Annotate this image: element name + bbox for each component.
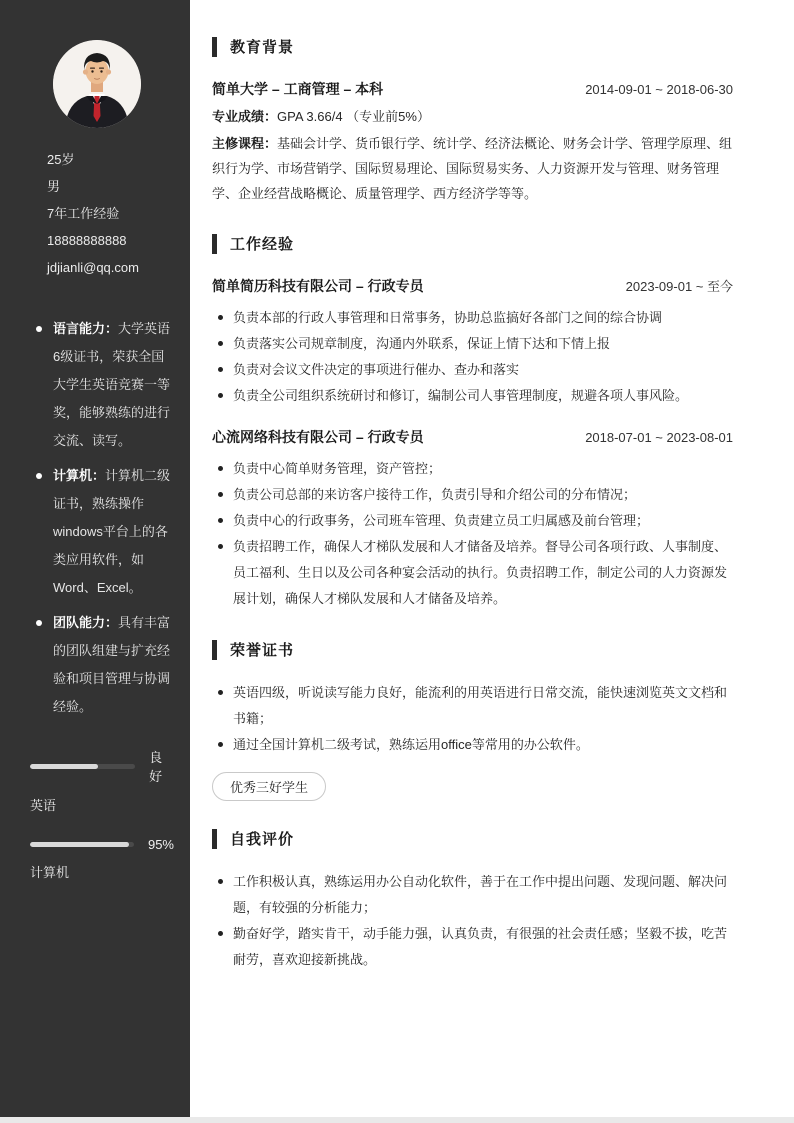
courses-label: 主修课程：	[212, 136, 277, 151]
progress-name: 计算机	[30, 864, 174, 882]
skill-bar-computer: 95% 计算机	[30, 837, 174, 882]
skills-list: 语言能力：大学英语6级证书，荣获全国大学生英语竞赛一等奖，能够熟练的进行交流、读…	[20, 315, 174, 721]
section-title: 自我评价	[230, 828, 294, 849]
job-duty: 负责中心的行政事务，公司班车管理、负责建立员工归属感及前台管理；	[212, 508, 733, 534]
job-duties-list: 负责本部的行政人事管理和日常事务，协助总监搞好各部门之间的综合协调 负责落实公司…	[212, 305, 733, 409]
section-header: 自我评价	[212, 828, 733, 849]
section-self-evaluation: 自我评价 工作积极认真，熟练运用办公自动化软件，善于在工作中提出问题、发现问题、…	[212, 828, 733, 973]
courses-line: 主修课程：基础会计学、货币银行学、统计学、经济法概论、财务会计学、管理学原理、组…	[212, 131, 733, 206]
personal-info: 25岁 男 7年工作经验 18888888888 jdjianli@qq.com	[47, 146, 174, 281]
resume-main: 教育背景 简单大学 – 工商管理 – 本科 2014-09-01 ~ 2018-…	[190, 0, 794, 1117]
skill-label: 计算机：	[53, 468, 105, 483]
progress-fill	[30, 842, 129, 847]
job-duty: 负责公司总部的来访客户接待工作，负责引导和介绍公司的分布情况；	[212, 482, 733, 508]
honors-list: 英语四级，听说读写能力良好，能流利的用英语进行日常交流，能快速浏览英文文档和书籍…	[212, 680, 733, 758]
job-dates: 2018-07-01 ~ 2023-08-01	[585, 425, 733, 450]
section-accent-bar	[212, 640, 217, 660]
section-accent-bar	[212, 37, 217, 57]
job-entry: 心流网络科技有限公司 – 行政专员 2018-07-01 ~ 2023-08-0…	[212, 425, 733, 612]
skill-item-language: 语言能力：大学英语6级证书，荣获全国大学生英语竞赛一等奖，能够熟练的进行交流、读…	[20, 315, 174, 455]
job-duties-list: 负责中心简单财务管理，资产管控； 负责公司总部的来访客户接待工作，负责引导和介绍…	[212, 456, 733, 612]
education-dates: 2014-09-01 ~ 2018-06-30	[585, 77, 733, 102]
job-duty: 负责招聘工作，确保人才梯队发展和人才储备及培养。督导公司各项行政、人事制度、员工…	[212, 534, 733, 612]
job-dates: 2023-09-01 ~ 至今	[626, 274, 733, 299]
skill-label: 语言能力：	[53, 321, 118, 336]
section-accent-bar	[212, 234, 217, 254]
skill-item-computer: 计算机：计算机二级证书，熟练操作windows平台上的各类应用软件，如Word、…	[20, 462, 174, 602]
age: 25岁	[47, 146, 174, 173]
self-evaluation-list: 工作积极认真，熟练运用办公自动化软件，善于在工作中提出问题、发现问题、解决问题，…	[212, 869, 733, 973]
section-title: 工作经验	[230, 233, 294, 254]
section-header: 荣誉证书	[212, 639, 733, 660]
education-entry-header: 简单大学 – 工商管理 – 本科 2014-09-01 ~ 2018-06-30	[212, 77, 733, 102]
job-duty: 负责全公司组织系统研讨和修订，编制公司人事管理制度，规避各项人事风险。	[212, 383, 733, 409]
job-entry: 简单简历科技有限公司 – 行政专员 2023-09-01 ~ 至今 负责本部的行…	[212, 274, 733, 409]
skill-bar-english: 良好 英语	[30, 747, 174, 815]
gpa-label: 专业成绩：	[212, 109, 277, 124]
gpa-line: 专业成绩：GPA 3.66/4 （专业前5%）	[212, 104, 733, 129]
job-entry-header: 简单简历科技有限公司 – 行政专员 2023-09-01 ~ 至今	[212, 274, 733, 299]
progress-value: 95%	[148, 837, 174, 852]
job-title: 简单简历科技有限公司 – 行政专员	[212, 274, 424, 299]
gender: 男	[47, 173, 174, 200]
skill-bars: 良好 英语 95% 计算机	[30, 747, 174, 882]
progress-track	[30, 764, 135, 769]
courses-value: 基础会计学、货币银行学、统计学、经济法概论、财务会计学、管理学原理、组织行为学、…	[212, 136, 732, 201]
section-education: 教育背景 简单大学 – 工商管理 – 本科 2014-09-01 ~ 2018-…	[212, 36, 733, 206]
progress-name: 英语	[30, 797, 174, 815]
progress-fill	[30, 764, 98, 769]
section-title: 荣誉证书	[230, 639, 294, 660]
progress-track	[30, 842, 134, 847]
job-duty: 负责落实公司规章制度，沟通内外联系，保证上情下达和下情上报	[212, 331, 733, 357]
section-title: 教育背景	[230, 36, 294, 57]
avatar-illustration	[53, 40, 141, 128]
email-address: jdjianli@qq.com	[47, 254, 174, 281]
avatar	[53, 40, 141, 128]
skill-text: 计算机二级证书，熟练操作windows平台上的各类应用软件，如Word、Exce…	[53, 468, 170, 595]
section-header: 工作经验	[212, 233, 733, 254]
resume-page: 25岁 男 7年工作经验 18888888888 jdjianli@qq.com…	[0, 0, 794, 1117]
experience-years: 7年工作经验	[47, 200, 174, 227]
sidebar: 25岁 男 7年工作经验 18888888888 jdjianli@qq.com…	[0, 0, 190, 1117]
honor-tag: 优秀三好学生	[212, 772, 326, 801]
skill-text: 大学英语6级证书，荣获全国大学生英语竞赛一等奖，能够熟练的进行交流、读写。	[53, 321, 170, 448]
section-honors: 荣誉证书 英语四级，听说读写能力良好，能流利的用英语进行日常交流，能快速浏览英文…	[212, 639, 733, 801]
section-accent-bar	[212, 829, 217, 849]
job-duty: 负责本部的行政人事管理和日常事务，协助总监搞好各部门之间的综合协调	[212, 305, 733, 331]
self-evaluation-item: 勤奋好学，踏实肯干，动手能力强，认真负责，有很强的社会责任感；坚毅不拔，吃苦耐劳…	[212, 921, 733, 973]
honor-item: 英语四级，听说读写能力良好，能流利的用英语进行日常交流，能快速浏览英文文档和书籍…	[212, 680, 733, 732]
honor-item: 通过全国计算机二级考试，熟练运用office等常用的办公软件。	[212, 732, 733, 758]
skill-item-teamwork: 团队能力：具有丰富的团队组建与扩充经验和项目管理与协调经验。	[20, 609, 174, 721]
skill-label: 团队能力：	[53, 615, 118, 630]
phone-number: 18888888888	[47, 227, 174, 254]
section-experience: 工作经验 简单简历科技有限公司 – 行政专员 2023-09-01 ~ 至今 负…	[212, 233, 733, 612]
school-degree: 简单大学 – 工商管理 – 本科	[212, 77, 383, 102]
section-header: 教育背景	[212, 36, 733, 57]
gpa-value: GPA 3.66/4 （专业前5%）	[277, 109, 430, 124]
job-title: 心流网络科技有限公司 – 行政专员	[212, 425, 424, 450]
self-evaluation-item: 工作积极认真，熟练运用办公自动化软件，善于在工作中提出问题、发现问题、解决问题，…	[212, 869, 733, 921]
progress-value: 良好	[149, 747, 174, 785]
job-entry-header: 心流网络科技有限公司 – 行政专员 2018-07-01 ~ 2023-08-0…	[212, 425, 733, 450]
job-duty: 负责对会议文件决定的事项进行催办、查办和落实	[212, 357, 733, 383]
job-duty: 负责中心简单财务管理，资产管控；	[212, 456, 733, 482]
